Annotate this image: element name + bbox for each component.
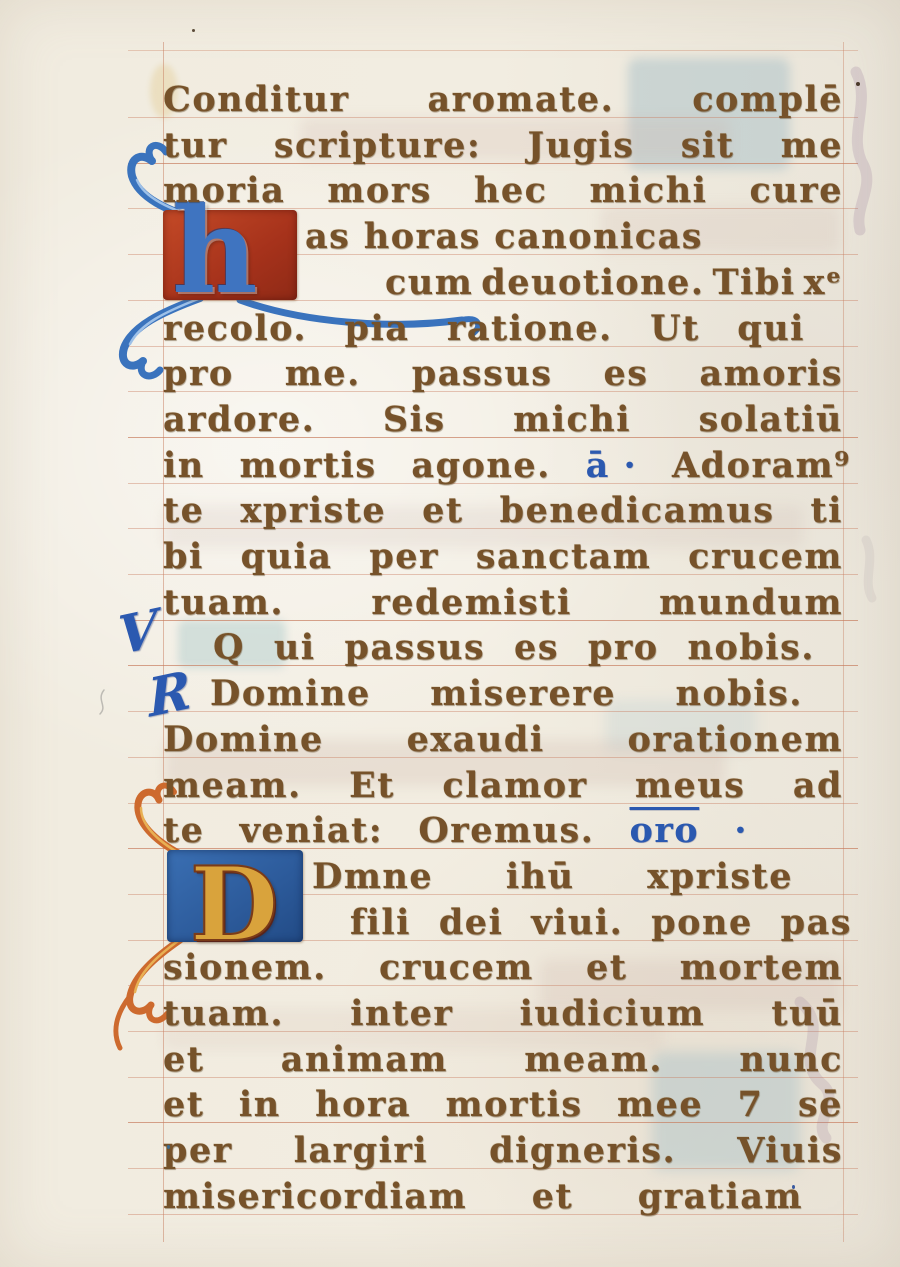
- text-line-6: recolo.piaratione.Utqui: [163, 306, 805, 352]
- text-line-5: cumdeuotione.Tibixᵉ: [385, 260, 843, 306]
- text-line-14: Dominemisererenobis.: [210, 671, 803, 717]
- text-line-19: filideiviui.ponepas: [350, 900, 852, 946]
- manuscript-leaf-photo: h D V R Condituraromate.complēturscriptu…: [0, 0, 900, 1267]
- text-line-23: etinhoramortismee7sē: [163, 1082, 843, 1128]
- text-line-24: perlargiridigneris.Viuis: [163, 1128, 843, 1174]
- text-line-1: Condituraromate.complē: [163, 77, 843, 123]
- text-line-13: Quipassusespronobis.: [213, 625, 815, 671]
- text-line-21: tuam.interiudiciumtuū: [163, 991, 843, 1037]
- text-line-12: tuam.redemistimundum: [163, 580, 843, 626]
- rubric-text: ā ·: [586, 443, 638, 489]
- text-line-18: Dmneihūxpriste: [312, 854, 793, 900]
- text-line-20: sionem.crucemetmortem: [163, 945, 843, 991]
- text-line-11: biquiapersanctamcrucem: [163, 534, 843, 580]
- text-line-10: texpristeetbenedicamusti: [163, 488, 843, 534]
- text-line-8: ardore.Sismichisolatiū: [163, 397, 843, 443]
- text-line-3: moriamorshecmichicure: [163, 168, 843, 214]
- text-block: Condituraromate.complēturscripture:Jugis…: [0, 0, 900, 1267]
- text-line-17: teveniat:Oremus.oro·: [163, 808, 748, 854]
- text-line-16: meam.Etclamormeusad: [163, 763, 843, 809]
- rubric-text: ·: [734, 808, 748, 854]
- text-line-4: ashorascanonicas: [305, 214, 703, 260]
- rubric-text: oro: [630, 808, 700, 854]
- text-line-2: turscripture:Jugissitme: [163, 123, 843, 169]
- text-line-25: misericordiametgratiam: [163, 1174, 803, 1220]
- text-line-7: prome.passusesamoris: [163, 351, 843, 397]
- text-line-22: etanimammeam.nunc: [163, 1037, 843, 1083]
- text-line-9: inmortisagone.ā ·Adoram⁹: [163, 443, 851, 489]
- text-line-15: Domineexaudiorationem: [163, 717, 843, 763]
